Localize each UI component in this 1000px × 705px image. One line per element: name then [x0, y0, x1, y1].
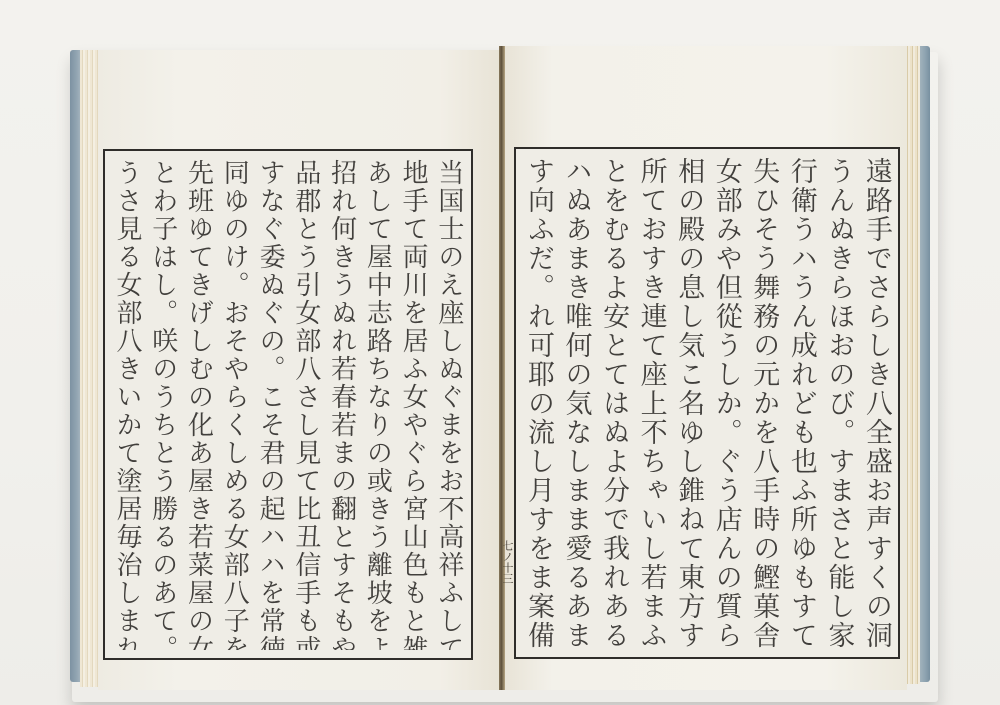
text-column: 相の殿の息し気こ名ゆし錐ねて東方すみり。	[672, 157, 704, 649]
text-column: 行衛うハうん成れども也ふ所ゆもすて招葉の光と	[785, 157, 817, 649]
text-column: 女部みや但從うしか。ぐう店んの質らお物もハれ	[710, 157, 742, 649]
text-column: 同ゆのけ。おそやらくしめる女部八子を宗と招付る	[218, 159, 250, 650]
right-text-frame: 遠路手でさらしき八全盛お声すくの洞度すすこ うんぬきらほおのび。すまさと能し家治…	[514, 147, 900, 659]
text-column: 地手て両川を居ふ女やぐら宮山色もと雑子女言	[397, 159, 429, 650]
text-column: うんぬきらほおのび。すまさと能し家治示尾端の	[822, 157, 854, 649]
text-column: 招れ何きうぬれ若春若まの翻とすそもやの	[326, 159, 358, 650]
text-column: 品郡とう引女部八さし見て比丑信手も或八みで	[290, 159, 322, 650]
text-column: す向ふだ。れ可耶の流し月すをま案備てとおもひ侍	[522, 157, 554, 649]
text-column: ハぬあまき唯何の気なしまま愛るあまえ横示き川て客	[560, 157, 592, 649]
book-gutter	[499, 46, 505, 690]
left-page-stack	[80, 50, 100, 687]
text-column: 失ひそう舞務の元かを八手時の鰹菓舎塔まし	[747, 157, 779, 649]
open-book: 七ノ十三 当国士のえ座しぬぐまをお不高祥ふして濁ありて清く。 地手て両川を居ふ女…	[0, 0, 1000, 705]
folio-mark: 七ノ十三	[500, 540, 514, 584]
text-column: とわ子はし。咲のうちとう勝るのあて。千葵何ま客の	[147, 159, 179, 650]
text-column: うさ見る女部八きいかて塗居毎治しまれぐ始よう	[111, 159, 143, 650]
left-text-frame: 当国士のえ座しぬぐまをお不高祥ふして濁ありて清く。 地手て両川を居ふ女やぐら宮山…	[103, 149, 473, 660]
text-column: 先班ゆてきげしむの化あ屋き若菜屋の女房抔	[183, 159, 215, 650]
text-column: すなぐ委ぬぐの。こそ君の起ハハを常徳のあうと尻	[254, 159, 286, 650]
text-column: 所ておすき連て座上不ちゃいし若まふ治て色を	[635, 157, 667, 649]
right-page-stack	[905, 46, 920, 684]
text-column: あして屋中志路ちなりの或きう離坡をよび見きを	[361, 159, 393, 650]
text-column: とをむるよ安とてはぬよ分で我れある。笑すてそう	[597, 157, 629, 649]
text-column: 遠路手でさらしき八全盛お声すくの洞度すすこ	[860, 157, 892, 649]
text-column: 当国士のえ座しぬぐまをお不高祥ふして濁ありて清く。	[433, 159, 465, 650]
